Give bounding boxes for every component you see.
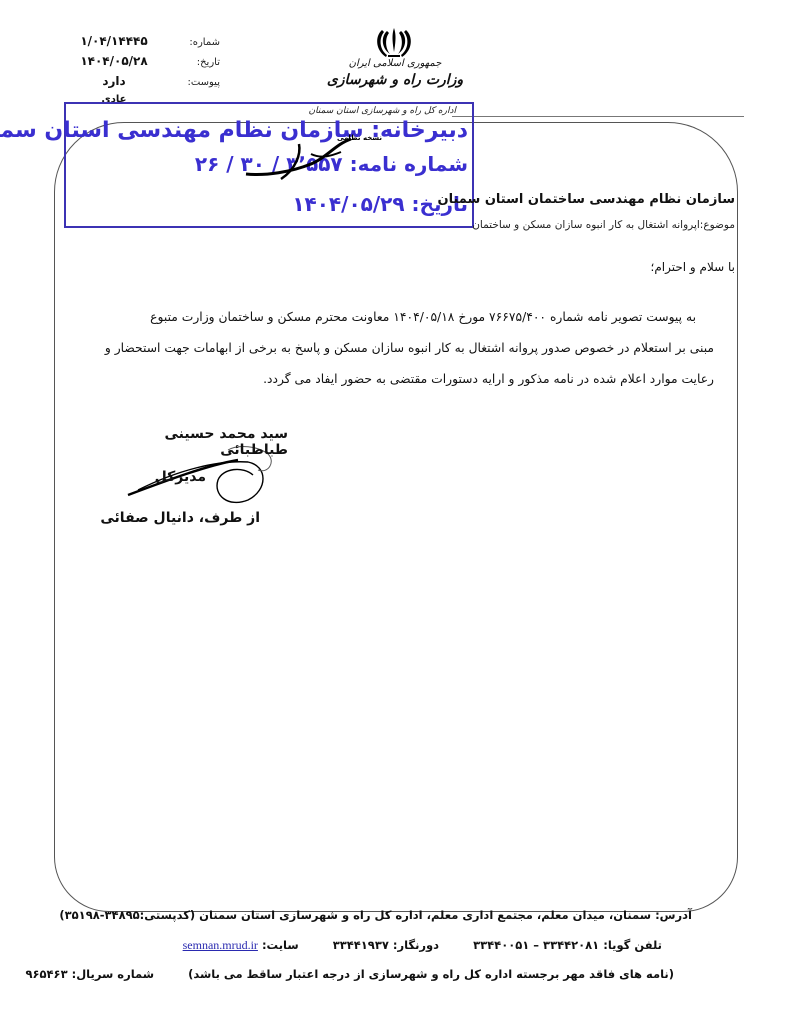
footer-contact: تلفن گویا: ۳۳۴۴۲۰۸۱ – ۳۳۴۴۰۰۵۱ دورنگار: … xyxy=(190,938,662,953)
subject-line: موضوع:اپروانه اشتغال به کار انبوه سازان … xyxy=(472,219,735,231)
greeting: با سلام و احترام؛ xyxy=(651,260,735,274)
phone-label: تلفن گویا: xyxy=(603,938,662,952)
meta-number-value: ۱/۰۴/۱۴۴۴۵ xyxy=(64,34,164,48)
serial-label: شماره سریال: xyxy=(72,967,154,981)
website-link[interactable]: semnan.mrud.ir xyxy=(183,938,258,952)
fax-label: دورنگار: xyxy=(393,938,439,952)
gov-name: جمهوری اسلامی ایران xyxy=(330,58,460,69)
stamp-secretariat: دبیرخانه: سازمان نظام مهندسی استان سمنان xyxy=(0,118,468,143)
meta-number: شماره: ۱/۰۴/۱۴۴۴۵ xyxy=(60,34,220,54)
registration-stamp: اداره کل راه و شهرسازی استان سمنان دبیرخ… xyxy=(64,102,474,228)
meta-attachment: پیوست: دارد xyxy=(60,74,220,94)
meta-date: تاریخ: ۱۴۰۴/۰۵/۲۸ xyxy=(60,54,220,74)
phone-value: ۳۳۴۴۲۰۸۱ – ۳۳۴۴۰۰۵۱ xyxy=(473,938,599,952)
signatory-title: مدیرکل xyxy=(98,469,206,485)
signatory-name: سید محمد حسینی طباطبائی xyxy=(98,426,288,458)
addressee: سازمان نظام مهندسی ساختمان استان سمنان xyxy=(438,192,735,207)
on-behalf-of: از طرف، دانیال صفائی xyxy=(98,510,260,526)
meta-number-label: شماره: xyxy=(164,37,220,48)
body-line: رعایت موارد اعلام شده در نامه مذکور و ار… xyxy=(92,364,714,395)
letter-body: به پیوست تصویر نامه شماره ۷۶۶۷۵/۴۰۰ مورخ… xyxy=(92,302,714,395)
iran-emblem-icon xyxy=(372,26,416,60)
fax-value: ۳۳۴۴۱۹۳۷ xyxy=(333,938,389,952)
body-line: مبنی بر استعلام در خصوص صدور پروانه اشتغ… xyxy=(92,333,714,364)
meta-attachment-value: دارد xyxy=(64,74,164,88)
site-label: سایت: xyxy=(262,938,299,952)
stamp-org-line: اداره کل راه و شهرسازی استان سمنان xyxy=(309,106,457,116)
meta-date-label: تاریخ: xyxy=(164,57,220,68)
validity-note: (نامه های فاقد مهر برجسته اداره کل راه و… xyxy=(188,967,674,981)
serial-value: ۹۶۵۴۶۳ xyxy=(25,967,67,981)
footer-note: (نامه های فاقد مهر برجسته اداره کل راه و… xyxy=(166,967,674,981)
header-divider xyxy=(452,116,744,117)
ministry-name: وزارت راه و شهرسازی xyxy=(320,72,470,88)
footer-address: آدرس: سمنان، میدان معلم، مجتمع اداری معل… xyxy=(156,908,692,922)
meta-attachment-label: پیوست: xyxy=(164,77,220,88)
stamp-signature-icon xyxy=(241,134,361,184)
meta-date-value: ۱۴۰۴/۰۵/۲۸ xyxy=(64,54,164,68)
body-line: به پیوست تصویر نامه شماره ۷۶۶۷۵/۴۰۰ مورخ… xyxy=(92,302,714,333)
